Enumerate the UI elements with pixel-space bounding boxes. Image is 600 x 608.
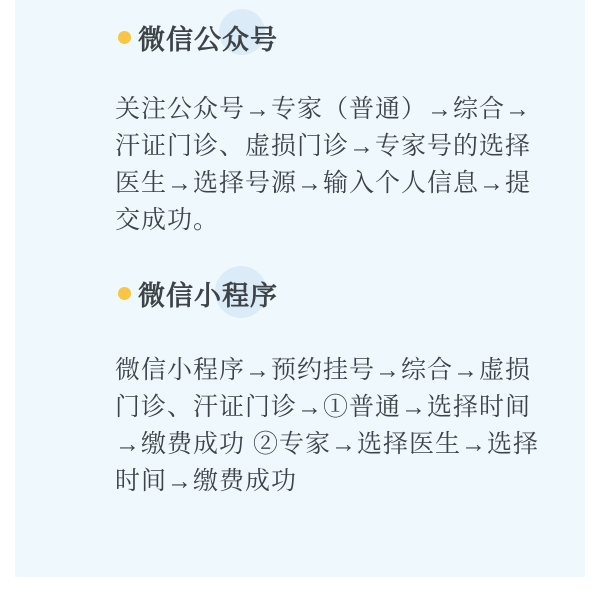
paragraph-line: 门诊、汗证门诊→①普通→选择时间: [115, 389, 570, 426]
section-heading-wechat-official-account: 微信公众号: [118, 19, 278, 55]
paragraph-line: 关注公众号→专家（普通）→综合→: [115, 91, 570, 128]
bullet-dot-icon: [118, 287, 131, 300]
paragraph-mini-program-steps: 微信小程序→预约挂号→综合→虚损 门诊、汗证门诊→①普通→选择时间 →缴费成功 …: [115, 352, 570, 500]
paragraph-line: 交成功。: [115, 202, 570, 239]
paragraph-line: 微信小程序→预约挂号→综合→虚损: [115, 352, 570, 389]
paragraph-line: →缴费成功 ②专家→选择医生→选择: [115, 426, 570, 463]
bullet-dot-icon: [118, 31, 131, 44]
content-panel: 微信公众号 关注公众号→专家（普通）→综合→ 汗证门诊、虚损门诊→专家号的选择 …: [15, 0, 585, 577]
paragraph-line: 汗证门诊、虚损门诊→专家号的选择: [115, 128, 570, 165]
section-heading-text: 微信公众号: [138, 18, 278, 57]
paragraph-line: 医生→选择号源→输入个人信息→提: [115, 165, 570, 202]
section-heading-wechat-mini-program: 微信小程序: [118, 275, 278, 311]
paragraph-line: 时间→缴费成功: [115, 463, 570, 500]
paragraph-official-account-steps: 关注公众号→专家（普通）→综合→ 汗证门诊、虚损门诊→专家号的选择 医生→选择号…: [115, 91, 570, 239]
section-heading-text: 微信小程序: [138, 274, 278, 313]
